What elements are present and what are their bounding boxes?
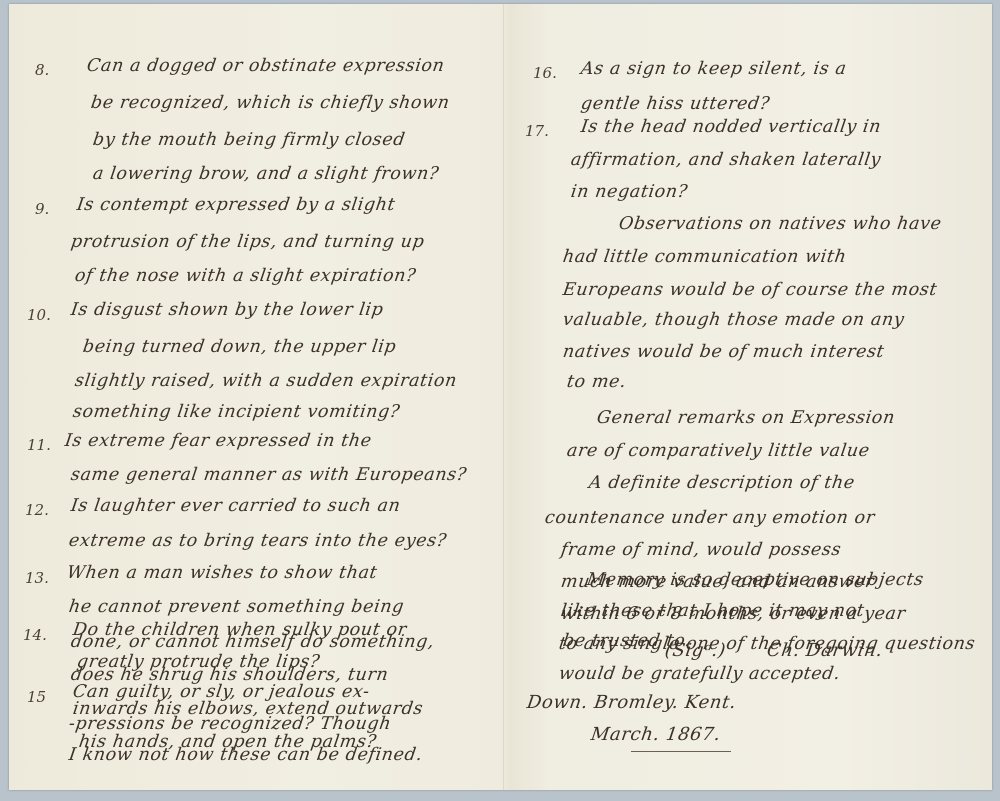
question-number: 15 bbox=[27, 688, 46, 706]
question-line: -pressions be recognized? Though bbox=[68, 714, 393, 734]
date: March. 1867. bbox=[590, 724, 723, 745]
question-line: Can guilty, or sly, or jealous ex- bbox=[72, 682, 371, 702]
date-underline bbox=[631, 751, 731, 752]
signature-prefix: (Sigᵈ.) bbox=[664, 640, 728, 661]
question-number: 14. bbox=[23, 626, 47, 644]
paragraph-line: like these that I hope it may not bbox=[560, 601, 866, 621]
lower-left-content: 14. Do the children when sulky pout or g… bbox=[9, 4, 503, 790]
question-line: greatly protrude the lips? bbox=[76, 652, 322, 672]
question-line: Do the children when sulky pout or bbox=[72, 620, 408, 640]
signature-name: Ch. Darwin. bbox=[766, 640, 885, 661]
question-line: I know not how these can be defined. bbox=[68, 745, 424, 765]
address: Down. Bromley. Kent. bbox=[526, 692, 738, 713]
lower-right-content: Memory is so deceptive on subjects like … bbox=[505, 4, 992, 790]
paragraph-line: Memory is so deceptive on subjects bbox=[586, 570, 925, 590]
